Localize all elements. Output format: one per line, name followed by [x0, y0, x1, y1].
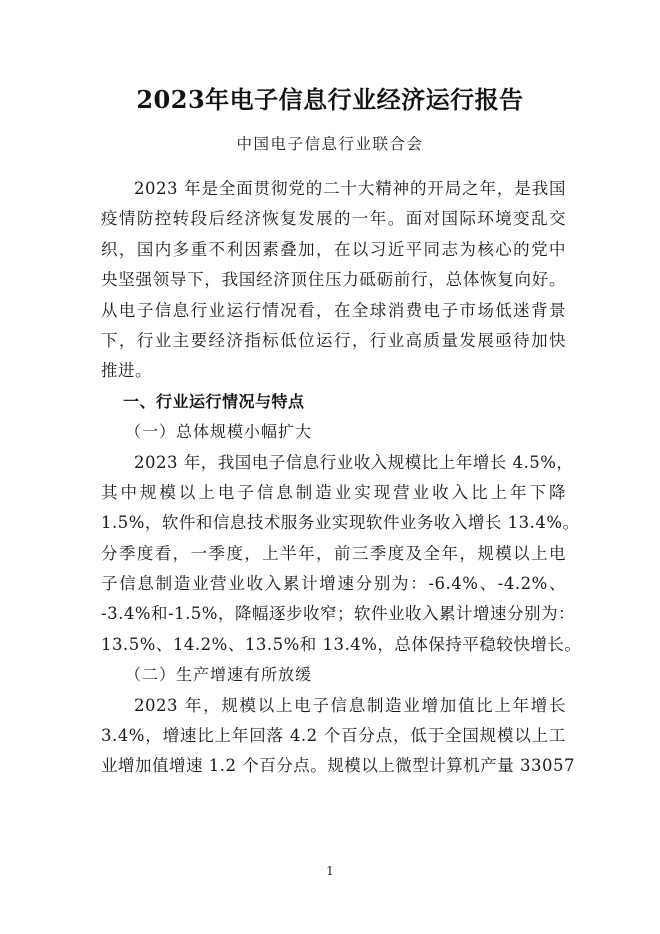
paragraph-line: 2023 年，我国电子信息行业收入规模比上年增长 4.5%，	[101, 448, 566, 478]
paragraph-line: 3.4%，增速比上年回落 4.2 个百分点，低于全国规模以上工	[101, 721, 566, 751]
subsection-heading: （一）总体规模小幅扩大	[101, 417, 566, 447]
paragraph-line: 子信息制造业营业收入累计增速分别为：-6.4%、-4.2%、	[101, 569, 566, 599]
subsection-heading: （二）生产增速有所放缓	[101, 660, 566, 690]
document-author: 中国电子信息行业联合会	[0, 132, 660, 156]
document-page: 2023年电子信息行业经济运行报告 中国电子信息行业联合会 2023 年是全面贯…	[0, 0, 660, 934]
paragraph-line: 2023 年是全面贯彻党的二十大精神的开局之年，是我国	[101, 174, 566, 204]
subsection-paragraph: 2023 年，我国电子信息行业收入规模比上年增长 4.5%， 其中规模以上电子信…	[101, 448, 566, 661]
paragraph-line: 13.5%、14.2%、13.5%和 13.4%，总体保持平稳较快增长。	[101, 630, 566, 660]
subsection-paragraph: 2023 年，规模以上电子信息制造业增加值比上年增长 3.4%，增速比上年回落 …	[101, 691, 566, 782]
paragraph-line: 央坚强领导下，我国经济顶住压力砥砺前行，总体恢复向好。	[101, 265, 566, 295]
section-heading: 一、行业运行情况与特点	[101, 387, 566, 417]
paragraph-line: 推进。	[101, 356, 566, 386]
intro-paragraph: 2023 年是全面贯彻党的二十大精神的开局之年，是我国 疫情防控转段后经济恢复发…	[101, 174, 566, 387]
paragraph-line: 下，行业主要经济指标低位运行，行业高质量发展亟待加快	[101, 326, 566, 356]
paragraph-line: 疫情防控转段后经济恢复发展的一年。面对国际环境变乱交	[101, 204, 566, 234]
paragraph-line: 分季度看，一季度，上半年，前三季度及全年，规模以上电	[101, 539, 566, 569]
paragraph-line: 从电子信息行业运行情况看，在全球消费电子市场低迷背景	[101, 296, 566, 326]
document-title: 2023年电子信息行业经济运行报告	[0, 84, 660, 116]
paragraph-line: 1.5%，软件和信息技术服务业实现软件业务收入增长 13.4%。	[101, 508, 566, 538]
paragraph-line: -3.4%和-1.5%，降幅逐步收窄；软件业收入累计增速分别为：	[101, 599, 566, 629]
paragraph-line: 业增加值增速 1.2 个百分点。规模以上微型计算机产量 33057	[101, 751, 566, 781]
page-number: 1	[0, 864, 660, 878]
paragraph-line: 其中规模以上电子信息制造业实现营业收入比上年下降	[101, 478, 566, 508]
paragraph-line: 织，国内多重不利因素叠加，在以习近平同志为核心的党中	[101, 235, 566, 265]
paragraph-line: 2023 年，规模以上电子信息制造业增加值比上年增长	[101, 691, 566, 721]
document-body: 2023 年是全面贯彻党的二十大精神的开局之年，是我国 疫情防控转段后经济恢复发…	[101, 174, 566, 782]
